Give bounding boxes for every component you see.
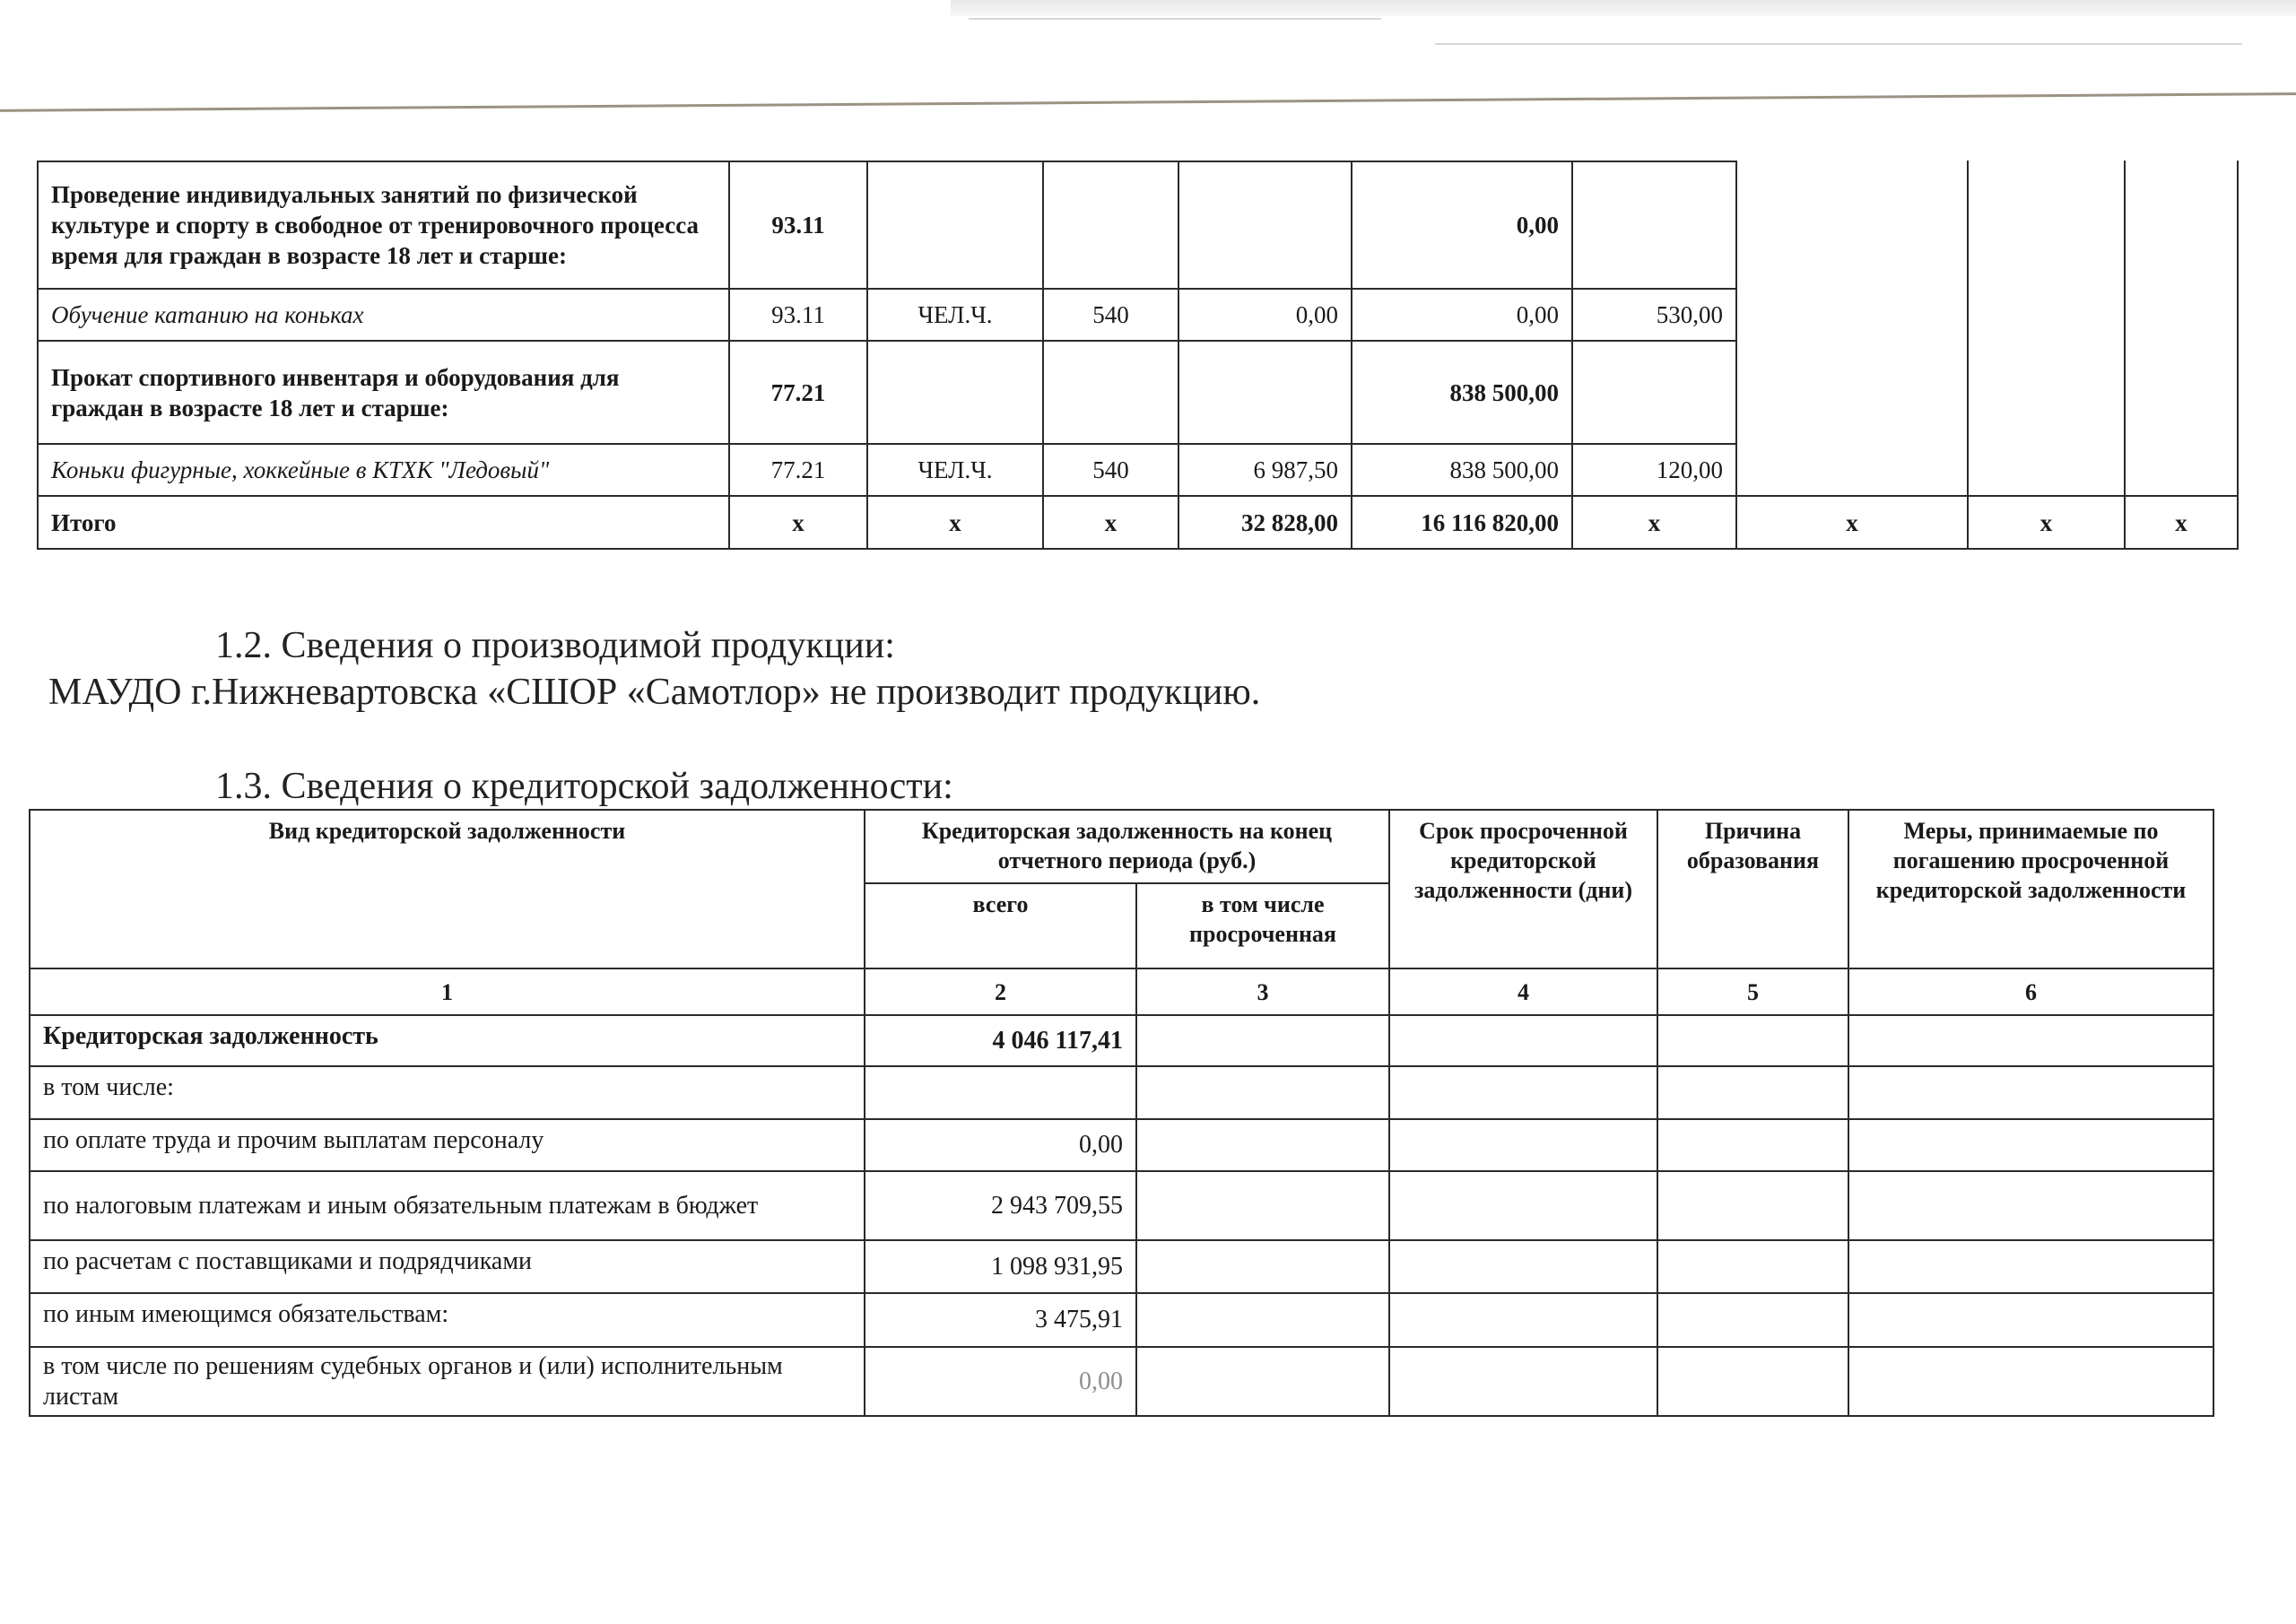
column-divider: [2237, 161, 2239, 550]
payable-total: 4 046 117,41: [865, 1016, 1135, 1065]
column-number: 3: [1137, 969, 1388, 1014]
column-number: 6: [1849, 969, 2213, 1014]
total-col10: х: [2126, 497, 2237, 548]
total-label: Итого: [39, 497, 728, 548]
column-number: 2: [865, 969, 1135, 1014]
payable-label: в том числе:: [30, 1067, 864, 1118]
section-1-2-text: МАУДО г.Нижневартовска «СШОР «Самотлор» …: [48, 670, 1260, 715]
column-number: 4: [1390, 969, 1657, 1014]
column-number: 1: [30, 969, 864, 1014]
service-col7: 530,00: [1573, 290, 1735, 340]
service-col7: 120,00: [1573, 445, 1735, 495]
header-overdue: в том числе просроченная: [1137, 884, 1388, 968]
service-volume: 540: [1044, 445, 1178, 495]
header-total: всего: [865, 884, 1135, 968]
payable-total: 0,00: [865, 1348, 1135, 1415]
total-code: х: [730, 497, 866, 548]
service-unit: ЧЕЛ.Ч.: [868, 290, 1042, 340]
table-border: [37, 548, 2239, 550]
service-unit: ЧЕЛ.Ч.: [868, 445, 1042, 495]
payable-label: по налоговым платежам и иным обязательны…: [30, 1172, 864, 1239]
section-1-3-heading: 1.3. Сведения о кредиторской задолженнос…: [215, 764, 953, 809]
scan-artifact-line: [1435, 43, 2242, 45]
service-amount: 0,00: [1352, 162, 1571, 288]
total-col8: х: [1737, 497, 1967, 548]
service-amount: 0,00: [1352, 290, 1571, 340]
payable-total: [865, 1067, 1135, 1118]
service-price: 6 987,50: [1179, 445, 1351, 495]
total-volume: х: [1044, 497, 1178, 548]
service-price: 0,00: [1179, 290, 1351, 340]
table-border: [29, 1415, 2214, 1417]
payable-label: в том числе по решениям судебных органов…: [30, 1348, 864, 1415]
total-price: 32 828,00: [1179, 497, 1351, 548]
service-group-name: Проведение индивидуальных занятий по физ…: [39, 162, 728, 288]
scan-artifact-band: [951, 0, 2296, 16]
service-amount: 838 500,00: [1352, 445, 1571, 495]
service-code: 93.11: [730, 162, 866, 288]
column-divider: [1967, 161, 1969, 550]
service-item-name: Коньки фигурные, хоккейные в КТХК "Ледов…: [39, 445, 728, 495]
page-edge-line: [0, 92, 2296, 112]
service-group-name: Прокат спортивного инвентаря и оборудова…: [39, 342, 728, 443]
header-reason: Причина образования: [1658, 811, 1848, 968]
header-measures: Меры, принимаемые по погашению просрочен…: [1849, 811, 2213, 968]
payable-total: 3 475,91: [865, 1294, 1135, 1346]
payable-total: 2 943 709,55: [865, 1172, 1135, 1239]
total-col7: х: [1573, 497, 1735, 548]
column-number: 5: [1658, 969, 1848, 1014]
total-amount: 16 116 820,00: [1352, 497, 1571, 548]
payable-total: 1 098 931,95: [865, 1241, 1135, 1292]
payable-label: по оплате труда и прочим выплатам персон…: [30, 1120, 864, 1170]
service-amount: 838 500,00: [1352, 342, 1571, 443]
header-type: Вид кредиторской задолженности: [30, 811, 864, 968]
service-code: 77.21: [730, 445, 866, 495]
section-1-2-heading: 1.2. Сведения о производимой продукции:: [215, 623, 895, 668]
header-debt-end: Кредиторская задолженность на конец отче…: [865, 811, 1388, 882]
payable-label: Кредиторская задолженность: [30, 1016, 864, 1065]
total-unit: х: [868, 497, 1042, 548]
service-code: 93.11: [730, 290, 866, 340]
service-code: 77.21: [730, 342, 866, 443]
column-divider: [2213, 809, 2214, 1417]
service-volume: 540: [1044, 290, 1178, 340]
total-col9: х: [1969, 497, 2124, 548]
scan-artifact-line: [969, 18, 1381, 20]
payable-total: 0,00: [865, 1120, 1135, 1170]
service-item-name: Обучение катанию на коньках: [39, 290, 728, 340]
payable-label: по иным имеющимся обязательствам:: [30, 1294, 864, 1346]
header-term: Срок просроченной кредиторской задолженн…: [1390, 811, 1657, 968]
column-divider: [2124, 161, 2126, 550]
column-divider: [1735, 161, 1737, 550]
payable-label: по расчетам с поставщиками и подрядчикам…: [30, 1241, 864, 1292]
